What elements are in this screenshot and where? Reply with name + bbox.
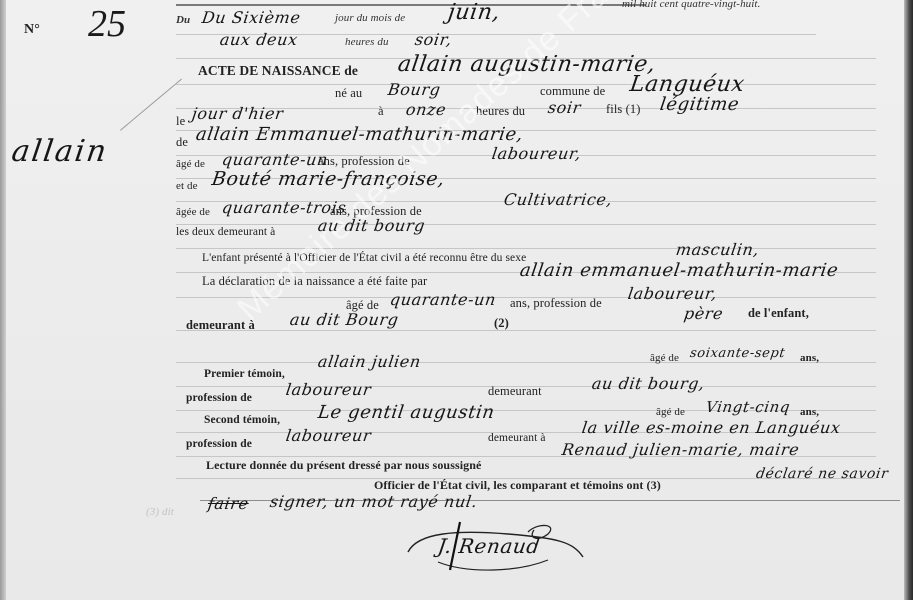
birth-hour-hand: onze [405,100,448,119]
declaration-print: La déclaration de la naissance a été fai… [202,274,427,289]
sex-hand: masculin, [675,240,761,259]
declarant-age-hand: quarante-un [389,290,498,309]
mayor-hand: Renaud julien-marie, maire [561,440,801,459]
commune-print: commune de [540,84,605,99]
birth-hour-print: heures du [476,104,525,119]
witness1-age-suffix: ans, [800,352,819,364]
year-print: mil huit cent quatre-vingt-huit. [622,0,760,10]
witness2-res-hand: la ville es-moine en Languéux [581,418,842,437]
record-number-label: N° [24,22,40,38]
witness1-label: Premier témoin, [204,368,285,380]
hour-print: heures du [345,36,389,48]
declarant-relation-print: de l'enfant, [748,306,809,321]
ruled-line [176,84,876,85]
register-page: N° 25 allain Du Du Sixième jour du mois … [0,0,913,600]
hour-hand: aux deux [219,30,299,49]
son-print: fils (1) [606,102,640,117]
declarant-prof-hand: laboureur, [627,284,719,303]
day-hand: Du Sixième [201,8,302,27]
residence-print: les deux demeurant à [176,226,275,238]
father-age-print: âgé de [176,158,205,170]
witness2-prof-hand: laboureur [285,426,373,445]
signature-text: J. Renaud [436,534,541,558]
witness2-age-print: âgé de [656,406,685,418]
father-prof-hand: laboureur, [491,144,583,163]
officer-print: Officier de l'État civil, les comparant … [374,478,661,493]
declared-hand: déclaré ne savoir [755,466,890,482]
witness1-age-print: âgé de [650,352,679,364]
birth-period-hand: soir [547,98,583,117]
reading-print: Lecture donnée du présent dressé par nou… [206,458,481,473]
witness2-age-hand: Vingt-cinq [705,398,792,416]
mother-age-print: âgée de [176,206,210,218]
son-status: légitime [659,94,741,115]
declarant-name: allain emmanuel-mathurin-marie [519,260,840,281]
top-rule [176,4,646,6]
declarant-res-hand: au dit Bourg [289,310,400,329]
margin-surname: allain [10,134,111,169]
father-name: allain Emmanuel-mathurin-marie, [195,124,525,145]
witness1-res-print: demeurant [488,384,542,399]
declarant-prof-print: ans, profession de [510,296,602,311]
mother-prof-hand: Cultivatrice, [503,190,614,209]
witness2-prof-print: profession de [186,438,252,450]
ruled-line [176,224,876,225]
page-right-edge [904,0,913,600]
ruled-line [176,330,876,331]
mayor-signature: J. Renaud [398,512,588,582]
footnote-2: (2) [494,316,509,331]
witness2-name: Le gentil augustin [317,402,497,423]
mother-name: Bouté marie-françoise, [210,168,446,190]
declarant-res-print: demeurant à [186,318,255,333]
hour-period-hand: soir, [414,30,454,49]
witness2-label: Second témoin, [204,414,280,426]
child-name: allain augustin-marie, [396,52,657,77]
witness1-name: allain julien [317,352,423,371]
witness1-age-hand: soixante-sept [689,346,786,361]
residence-hand: au dit bourg [317,216,427,235]
father-print: de [176,135,188,150]
month-hand: juin, [446,0,502,25]
margin-connector-line [120,79,182,131]
ruled-line [176,248,876,249]
declarant-relation-hand: père [683,304,725,323]
birth-hour-at: à [378,104,384,119]
faint-footnote: (3) dit [146,506,174,518]
record-number: 25 [88,2,126,46]
sex-print: L'enfant présenté à l'Officier de l'État… [202,252,526,264]
act-title: ACTE DE NAISSANCE de [198,63,358,79]
closing-line-hand: signer, un mot rayé nul. [269,492,479,511]
mother-print: et de [176,180,198,192]
witness2-age-suffix: ans, [800,406,819,418]
struck-word: faire [207,494,250,513]
month-print: jour du mois de [335,12,405,24]
father-prof-print: ans, profession de [318,154,410,169]
page-binding-edge [0,0,6,600]
witness1-prof-hand: laboureur [285,380,373,399]
born-print: né au [335,86,362,101]
witness1-res-hand: au dit bourg, [591,374,706,393]
birth-day-print: le [176,114,185,129]
witness1-prof-print: profession de [186,392,252,404]
ruled-line [176,362,876,363]
father-age-hand: quarante-un [221,150,330,169]
born-place: Bourg [387,80,442,99]
witness2-res-print: demeurant à [488,432,546,444]
day-prefix: Du [176,14,190,26]
birth-day-hand: jour d'hier [191,104,285,123]
mother-age-hand: quarante-trois [221,198,348,217]
